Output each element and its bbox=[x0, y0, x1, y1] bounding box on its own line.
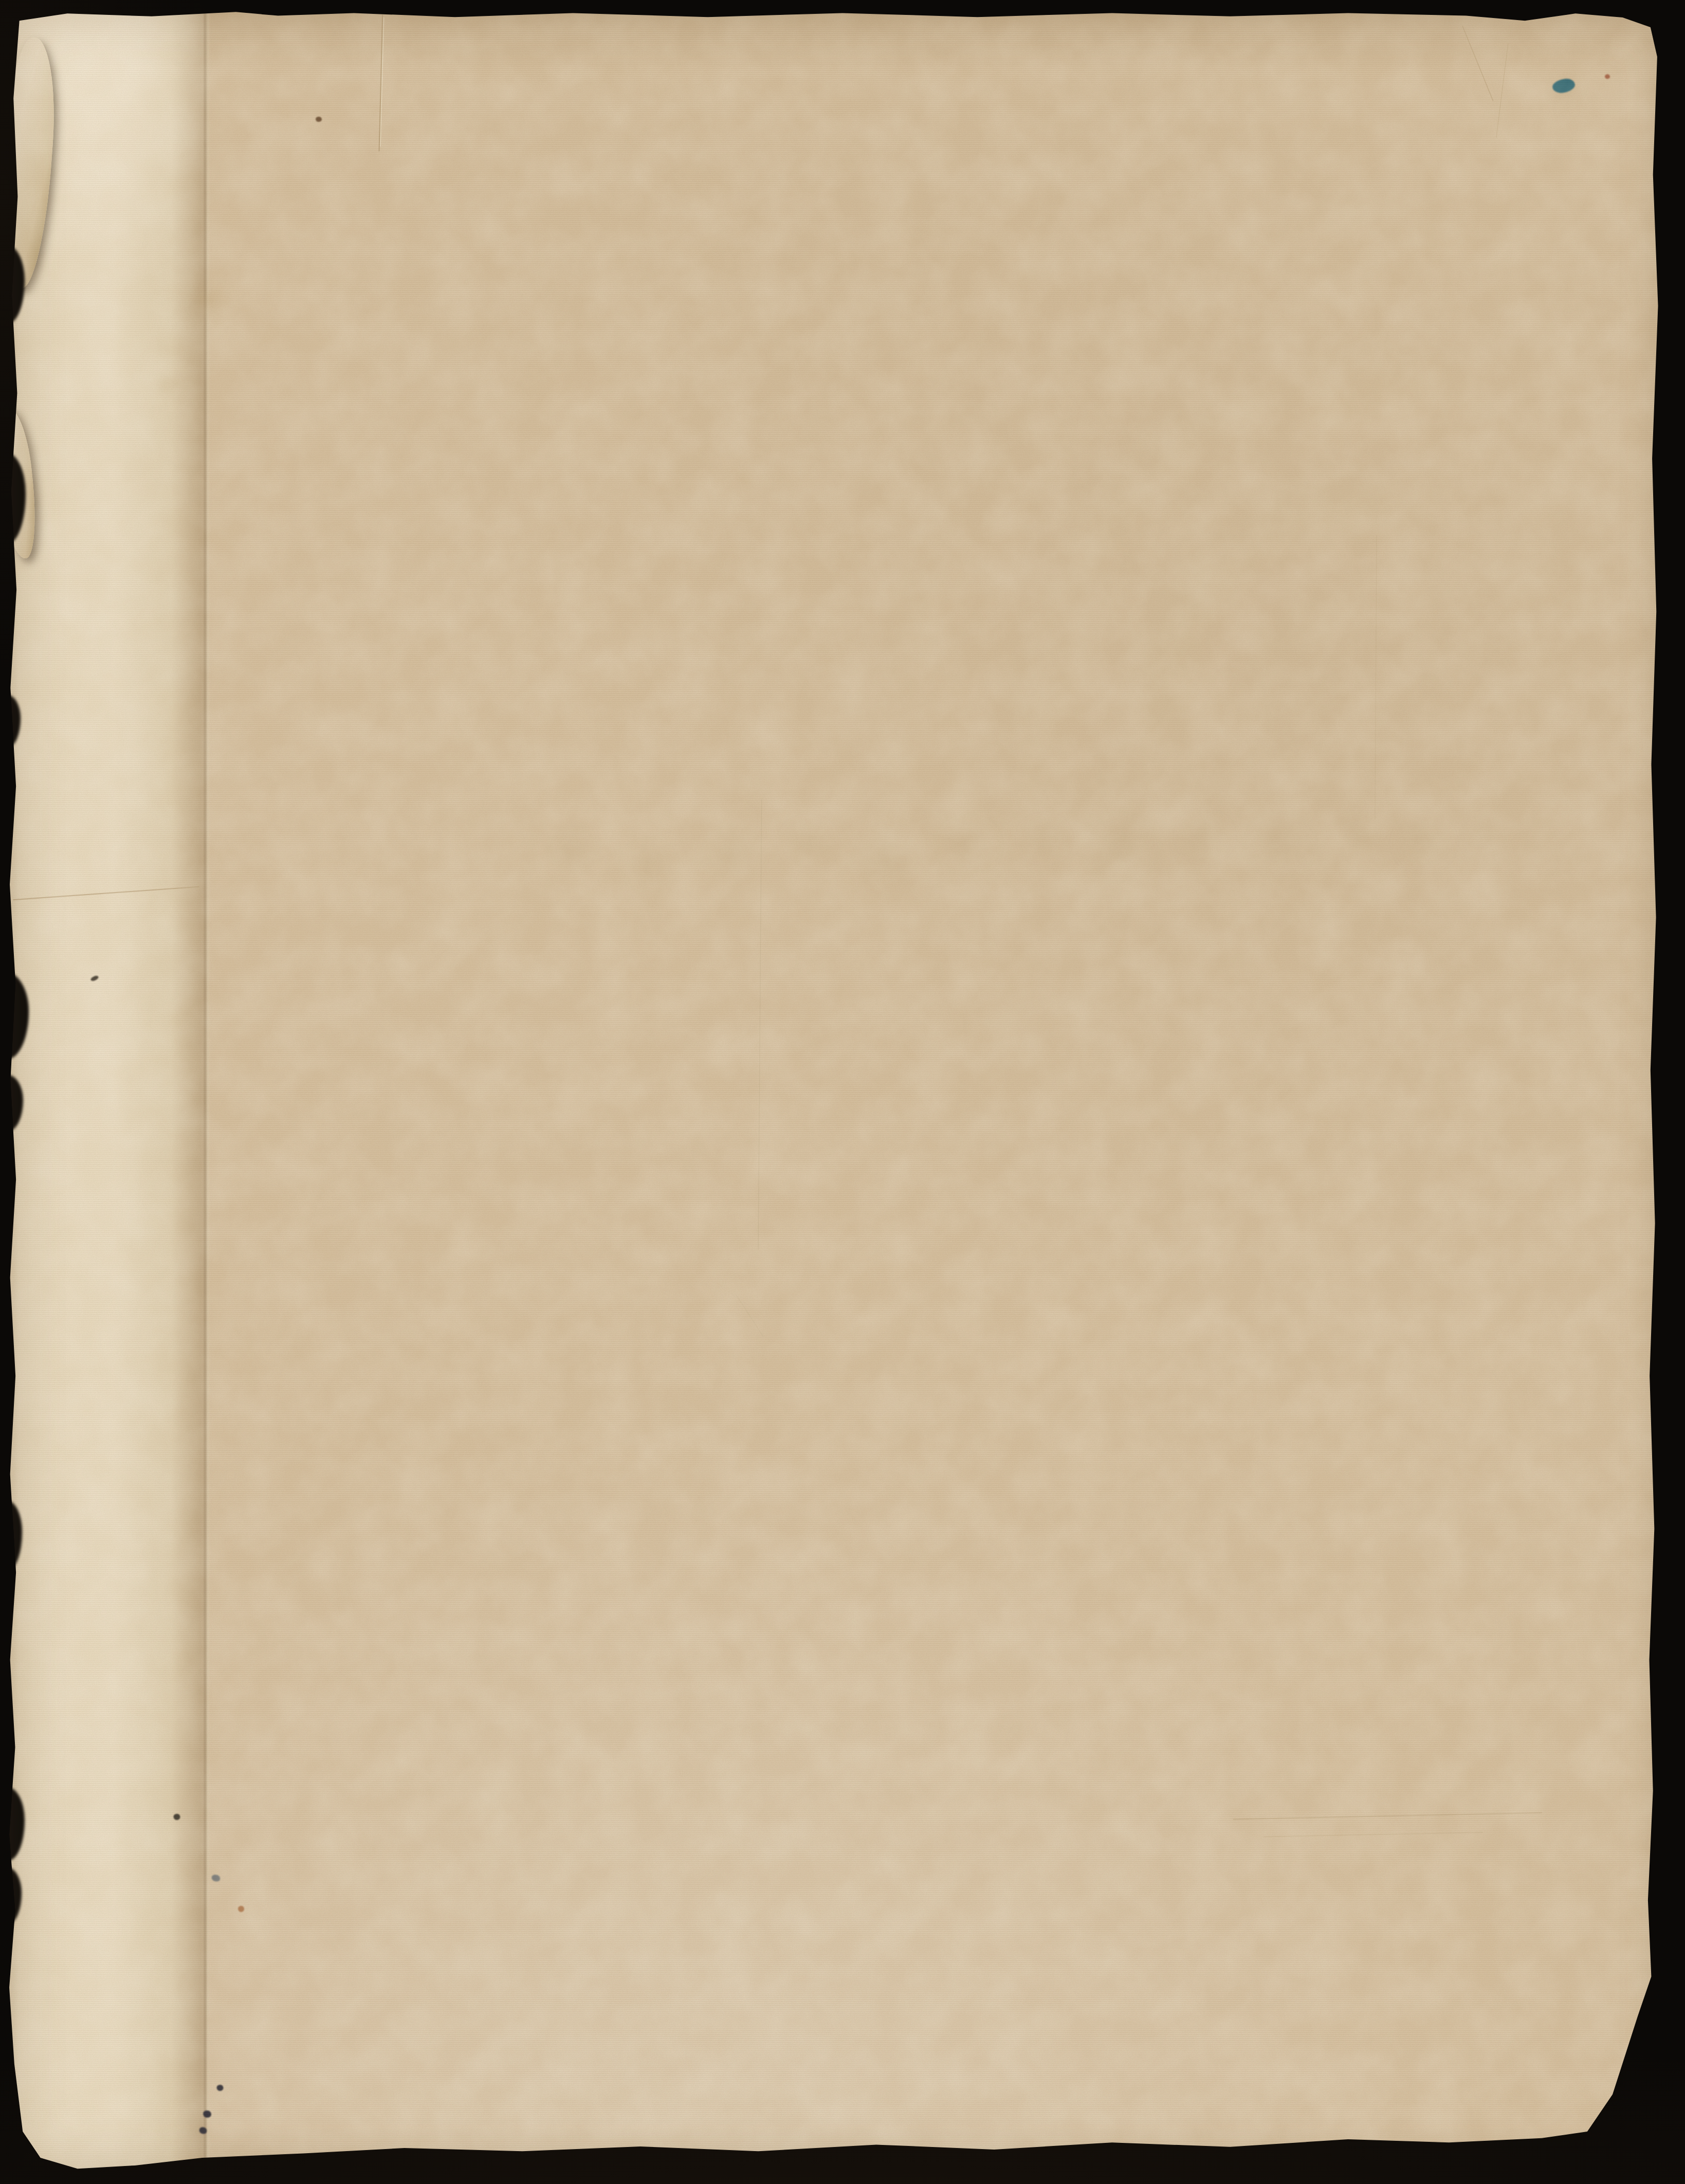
book-cover bbox=[0, 0, 1685, 2184]
edge-vignette bbox=[0, 0, 1685, 2184]
scanner-bed bbox=[0, 0, 1685, 2184]
